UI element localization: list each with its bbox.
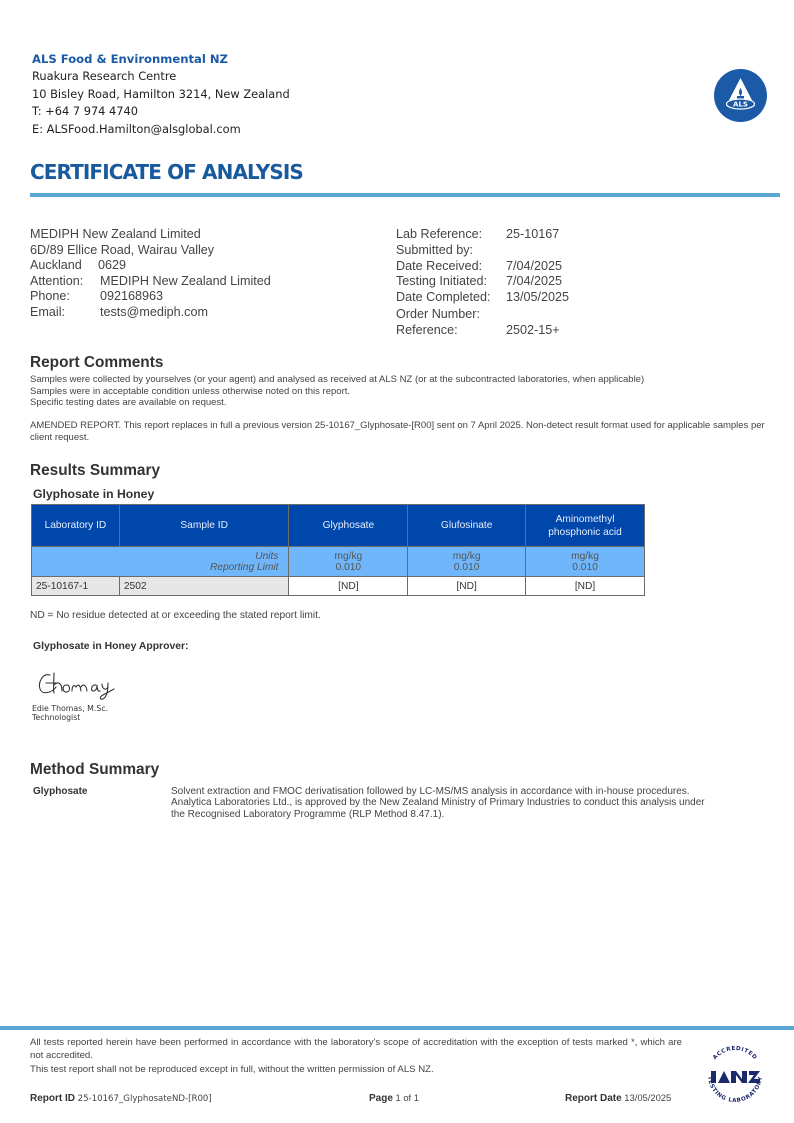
approver-block: Edie Thomas, M.Sc. Technologist (32, 704, 108, 722)
report-date-value: 13/05/2025 (624, 1092, 671, 1103)
table-header-row: Laboratory ID Sample ID Glyphosate Glufo… (32, 505, 645, 547)
comment-line: Samples were in acceptable condition unl… (30, 386, 770, 398)
testing-initiated-label: Testing Initiated: (396, 274, 506, 290)
report-comments-text: Samples were collected by yourselves (or… (30, 374, 770, 409)
reference-block: Lab Reference:25-10167 Submitted by: Dat… (396, 227, 569, 339)
ianz-accreditation-badge-icon: ACCREDITED TESTING LABORATORY (700, 1040, 770, 1110)
order-number-label: Order Number: (396, 307, 506, 323)
lab-id-cell: 25-10167-1 (32, 577, 120, 596)
approver-role: Technologist (32, 713, 108, 722)
email-value: tests@mediph.com (100, 305, 208, 321)
lab-address-line: 10 Bisley Road, Hamilton 3214, New Zeala… (32, 86, 290, 103)
unit: mg/kg (408, 551, 525, 562)
units-cell: mg/kg0.010 (289, 547, 408, 577)
reference-label: Reference: (396, 323, 506, 339)
reproduction-note: This test report shall not be reproduced… (30, 1063, 682, 1076)
units-label-cell: Units Reporting Limit (32, 547, 289, 577)
phone-value: 092168963 (100, 289, 163, 305)
table-row: 25-10167-1 2502 [ND] [ND] [ND] (32, 577, 645, 596)
column-header-glyphosate: Glyphosate (289, 505, 408, 547)
approver-heading: Glyphosate in Honey Approver: (33, 641, 189, 652)
date-completed-value: 13/05/2025 (506, 290, 569, 306)
method-line: Solvent extraction and FMOC derivatisati… (171, 786, 771, 797)
method-name: Glyphosate (33, 786, 87, 797)
results-table: Laboratory ID Sample ID Glyphosate Glufo… (31, 504, 645, 596)
client-address: 6D/89 Ellice Road, Wairau Valley (30, 243, 271, 259)
column-header-sample-id: Sample ID (119, 505, 289, 547)
page-number: Page 1 of 1 (369, 1092, 419, 1104)
footer-divider (0, 1026, 794, 1030)
column-header-ampa-label: Aminomethyl phosphonic acid (548, 514, 622, 538)
units-label: Units (32, 551, 278, 562)
units-row: Units Reporting Limit mg/kg0.010 mg/kg0.… (32, 547, 645, 577)
amended-report-note: AMENDED REPORT. This report replaces in … (30, 420, 765, 443)
approver-name: Edie Thomas, M.Sc. (32, 704, 108, 713)
method-description: Solvent extraction and FMOC derivatisati… (171, 786, 771, 820)
nd-footnote: ND = No residue detected at or exceeding… (30, 610, 770, 622)
lab-reference-value: 25-10167 (506, 227, 559, 243)
report-id-label: Report ID (30, 1093, 75, 1104)
testing-initiated-value: 7/04/2025 (506, 274, 562, 290)
sample-id-cell: 2502 (119, 577, 289, 596)
report-date-label: Report Date (565, 1093, 622, 1104)
attention-label: Attention: (30, 274, 100, 290)
als-logo-icon: ALS (714, 69, 767, 122)
result-cell: [ND] (408, 577, 526, 596)
comment-line: Specific testing dates are available on … (30, 397, 770, 409)
attention-value: MEDIPH New Zealand Limited (100, 274, 271, 290)
report-comments-heading: Report Comments (30, 354, 163, 372)
reference-value: 2502-15+ (506, 323, 560, 339)
date-received-label: Date Received: (396, 259, 506, 275)
results-subheading: Glyphosate in Honey (33, 487, 154, 501)
footer-disclaimer: All tests reported herein have been perf… (30, 1036, 682, 1076)
column-header-ampa: Aminomethyl phosphonic acid (526, 505, 645, 547)
report-id-value: 25-10167_GlyphosateND-[R00] (78, 1094, 212, 1104)
comment-line: Samples were collected by yourselves (or… (30, 374, 770, 386)
lab-name: ALS Food & Environmental NZ (32, 51, 290, 68)
client-postcode: 0629 (98, 258, 126, 274)
lab-reference-label: Lab Reference: (396, 227, 506, 243)
units-cell: mg/kg0.010 (526, 547, 645, 577)
column-header-laboratory-id: Laboratory ID (32, 505, 120, 547)
svg-text:ALS: ALS (733, 101, 748, 109)
lab-address-line: Ruakura Research Centre (32, 68, 290, 85)
reporting-limit: 0.010 (289, 562, 407, 573)
unit: mg/kg (289, 551, 407, 562)
title-divider (30, 193, 780, 197)
method-summary-heading: Method Summary (30, 761, 159, 779)
lab-header: ALS Food & Environmental NZ Ruakura Rese… (32, 51, 290, 138)
reporting-limit: 0.010 (526, 562, 644, 573)
reporting-limit: 0.010 (408, 562, 525, 573)
lab-phone: T: +64 7 974 4740 (32, 103, 290, 120)
email-label: Email: (30, 305, 100, 321)
result-cell: [ND] (526, 577, 645, 596)
method-line: Analytica Laboratories Ltd., is approved… (171, 797, 771, 808)
date-received-value: 7/04/2025 (506, 259, 562, 275)
reporting-limit-label: Reporting Limit (32, 562, 278, 573)
report-date: Report Date 13/05/2025 (565, 1092, 671, 1104)
document-title: CERTIFICATE OF ANALYSIS (30, 160, 303, 184)
page-label: Page (369, 1093, 393, 1104)
results-summary-heading: Results Summary (30, 462, 160, 480)
submitted-by-label: Submitted by: (396, 243, 506, 259)
result-cell: [ND] (289, 577, 408, 596)
column-header-glufosinate: Glufosinate (408, 505, 526, 547)
client-company: MEDIPH New Zealand Limited (30, 227, 271, 243)
date-completed-label: Date Completed: (396, 290, 506, 306)
accreditation-note: All tests reported herein have been perf… (30, 1036, 682, 1062)
svg-text:ACCREDITED: ACCREDITED (712, 1046, 758, 1061)
method-line: the Recognised Laboratory Programme (RLP… (171, 809, 771, 820)
client-city: Auckland (30, 258, 98, 274)
client-block: MEDIPH New Zealand Limited 6D/89 Ellice … (30, 227, 271, 321)
signature-icon (36, 667, 131, 701)
phone-label: Phone: (30, 289, 100, 305)
page-value: 1 of 1 (396, 1092, 419, 1103)
lab-email: E: ALSFood.Hamilton@alsglobal.com (32, 121, 290, 138)
report-id: Report ID 25-10167_GlyphosateND-[R00] (30, 1092, 212, 1104)
units-cell: mg/kg0.010 (408, 547, 526, 577)
unit: mg/kg (526, 551, 644, 562)
